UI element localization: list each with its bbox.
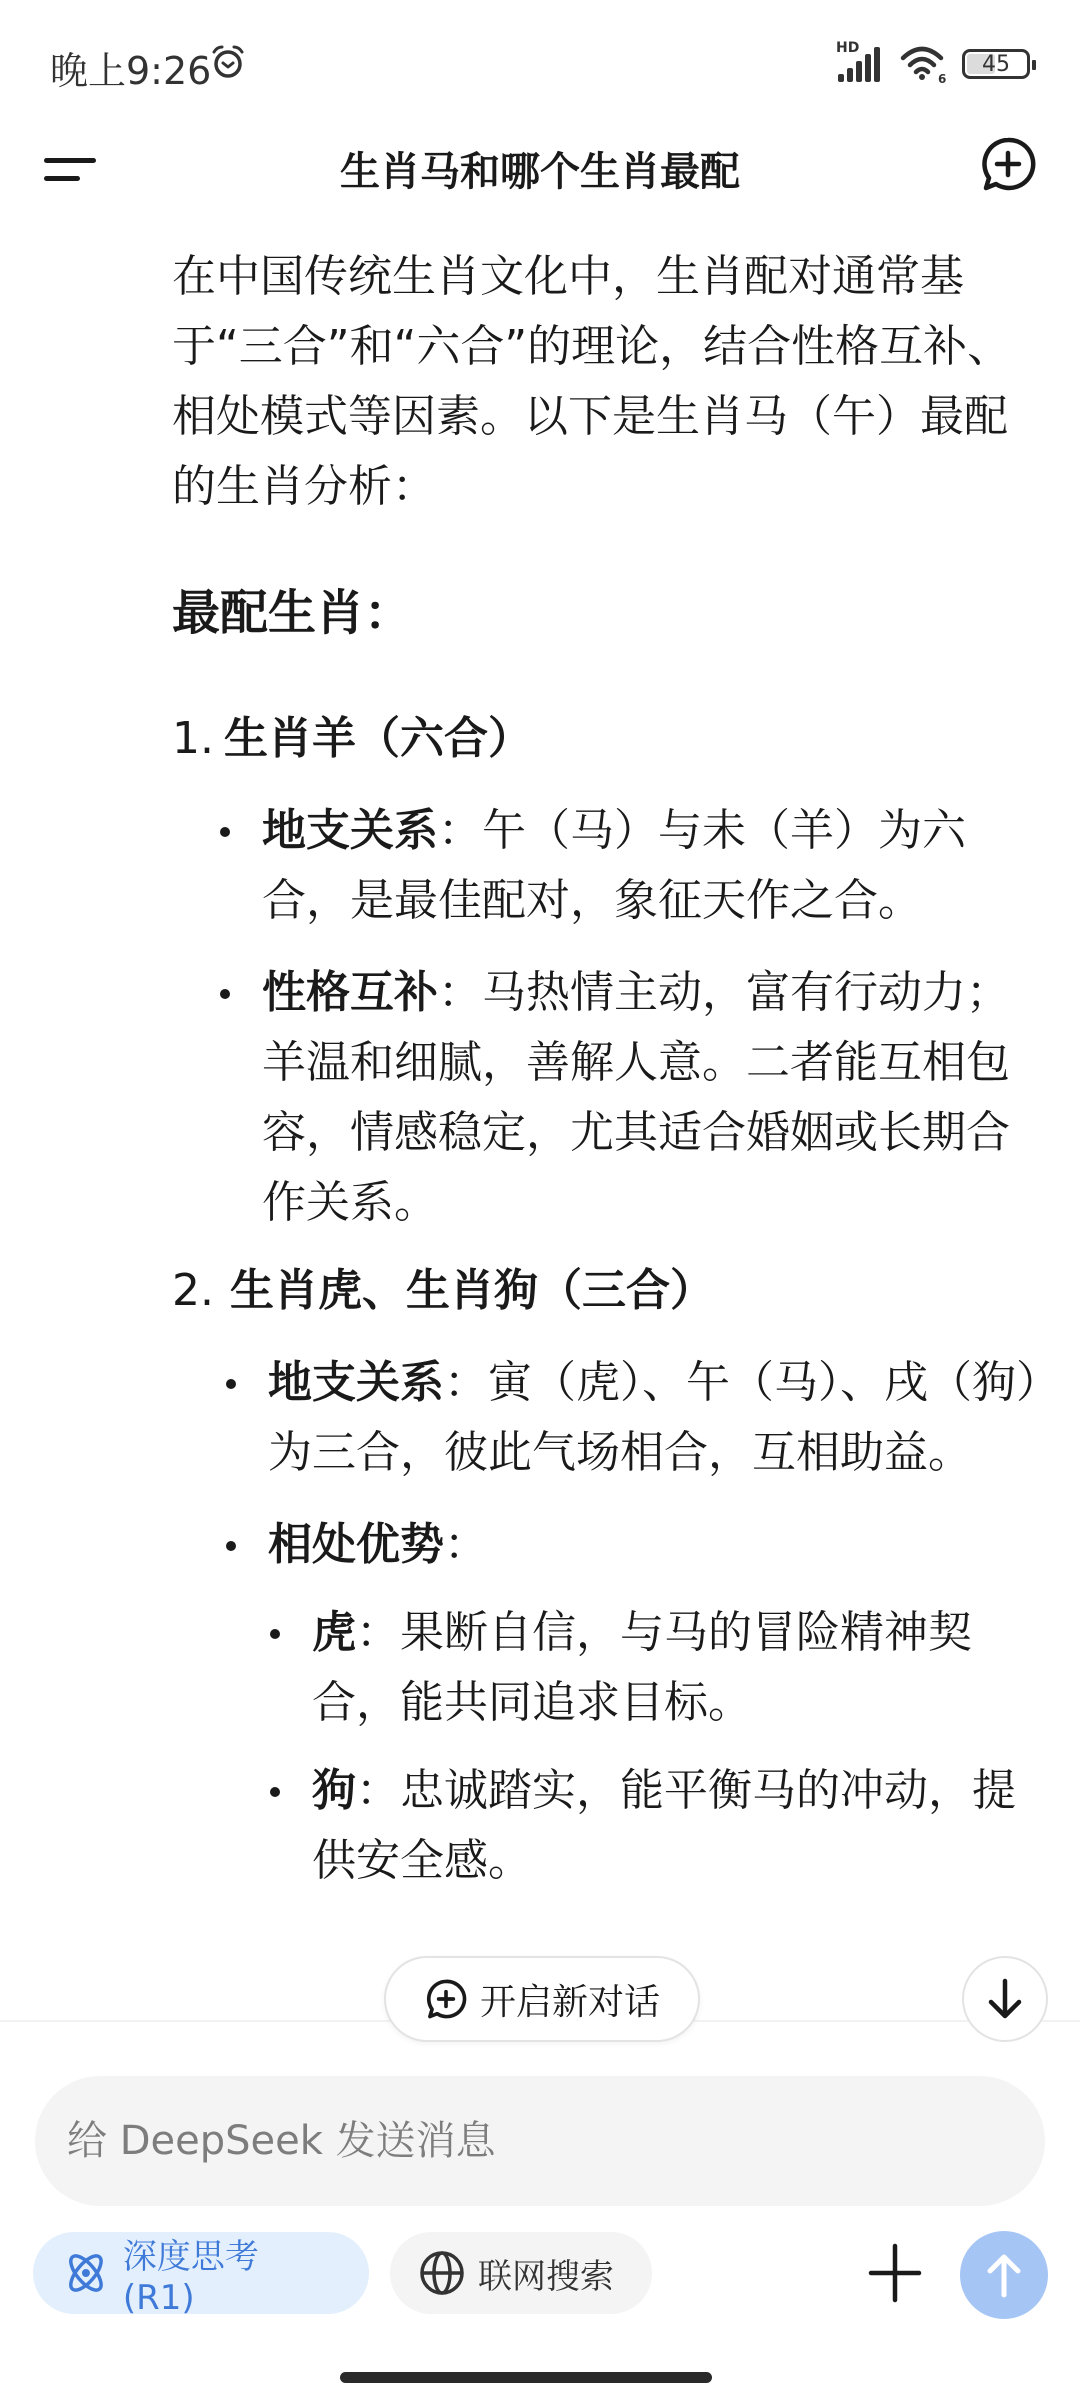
bullet-item: 地支关系：午（马）与未（羊）为六合，是最佳配对，象征天作之合。 (262, 796, 1042, 936)
bullet-text: ：忠诚踏实，能平衡马的冲动，提供安全感。 (312, 1765, 1016, 1886)
bullet-label: 虎 (312, 1607, 356, 1658)
bullet-list: 地支关系：午（马）与未（羊）为六合，是最佳配对，象征天作之合。 性格互补：马热情… (172, 796, 1042, 1238)
section-heading: 最配生肖： (172, 578, 1042, 648)
deep-think-label: 深度思考 (R1) (123, 2229, 341, 2318)
arrow-up-icon (984, 2251, 1024, 2299)
start-new-chat-button[interactable]: 开启新对话 (384, 1956, 700, 2042)
web-search-label: 联网搜索 (478, 2249, 614, 2298)
bullet-text: ：果断自信，与马的冒险精神契合，能共同追求目标。 (312, 1607, 972, 1728)
intro-paragraph: 在中国传统生肖文化中，生肖配对通常基于“三合”和“六合”的理论，结合性格互补、相… (172, 242, 1042, 522)
home-indicator[interactable] (340, 2372, 712, 2383)
chat-header: 生肖马和哪个生肖最配 (0, 120, 1080, 220)
chat-title: 生肖马和哪个生肖最配 (0, 140, 1080, 197)
bullet-item: 性格互补：马热情主动，富有行动力；羊温和细腻，善解人意。二者能互相包容，情感稳定… (262, 958, 1042, 1238)
send-button[interactable] (960, 2231, 1048, 2319)
web-search-toggle[interactable]: 联网搜索 (390, 2232, 652, 2314)
new-chat-icon[interactable] (978, 134, 1038, 194)
bullet-item: 相处优势： 虎：果断自信，与马的冒险精神契合，能共同追求目标。 狗：忠诚踏实，能… (268, 1510, 1042, 1896)
battery-level: 45 (982, 52, 1010, 77)
bullet-label: 地支关系 (262, 805, 438, 856)
cellular-signal-icon: HD (836, 44, 886, 84)
sub-bullet-item: 虎：果断自信，与马的冒险精神契合，能共同追求目标。 (312, 1598, 1042, 1738)
scroll-to-bottom-button[interactable] (962, 1956, 1048, 2042)
status-bar: 晚上9:26 HD 6 45 (0, 0, 1080, 120)
wifi-icon: 6 (900, 44, 948, 84)
deep-think-toggle[interactable]: 深度思考 (R1) (33, 2232, 369, 2314)
new-chat-icon (424, 1977, 468, 2021)
bullet-list: 地支关系：寅（虎）、午（马）、戌（狗）为三合，彼此气场相合，互相助益。 相处优势… (172, 1348, 1042, 1896)
sub-bullet-list: 虎：果断自信，与马的冒险精神契合，能共同追求目标。 狗：忠诚踏实，能平衡马的冲动… (268, 1598, 1042, 1896)
list-item-title: 生肖羊（六合） (172, 704, 1042, 774)
list-number: 2. (172, 1256, 214, 1326)
status-indicators: HD 6 45 (836, 44, 1030, 84)
list-item-2: 2. 生肖虎、生肖狗（三合） 地支关系：寅（虎）、午（马）、戌（狗）为三合，彼此… (172, 1256, 1042, 1896)
assistant-message: 在中国传统生肖文化中，生肖配对通常基于“三合”和“六合”的理论，结合性格互补、相… (172, 242, 1042, 1896)
list-item-1: 1. 生肖羊（六合） 地支关系：午（马）与未（羊）为六合，是最佳配对，象征天作之… (172, 704, 1042, 1238)
bullet-item: 地支关系：寅（虎）、午（马）、戌（狗）为三合，彼此气场相合，互相助益。 (268, 1348, 1042, 1488)
plus-icon[interactable] (862, 2240, 928, 2306)
list-item-title: 生肖虎、生肖狗（三合） (172, 1256, 1042, 1326)
alarm-clock-icon (210, 44, 246, 80)
status-time: 晚上9:26 (50, 40, 211, 95)
battery-indicator: 45 (962, 49, 1030, 79)
svg-text:6: 6 (938, 72, 946, 84)
sub-bullet-item: 狗：忠诚踏实，能平衡马的冲动，提供安全感。 (312, 1756, 1042, 1896)
globe-icon (418, 2249, 466, 2297)
bullet-label: 狗 (312, 1765, 356, 1816)
bullet-label: 地支关系 (268, 1357, 444, 1408)
list-number: 1. (172, 704, 214, 774)
start-new-chat-label: 开启新对话 (480, 1974, 660, 2025)
bullet-label: 相处优势 (268, 1519, 444, 1570)
message-input-container (35, 2076, 1045, 2206)
bullet-label: 性格互补 (262, 967, 438, 1018)
atom-icon (61, 2248, 111, 2298)
bullet-text: ： (444, 1519, 488, 1570)
message-input[interactable] (67, 2076, 1007, 2206)
arrow-down-icon (985, 1977, 1025, 2021)
